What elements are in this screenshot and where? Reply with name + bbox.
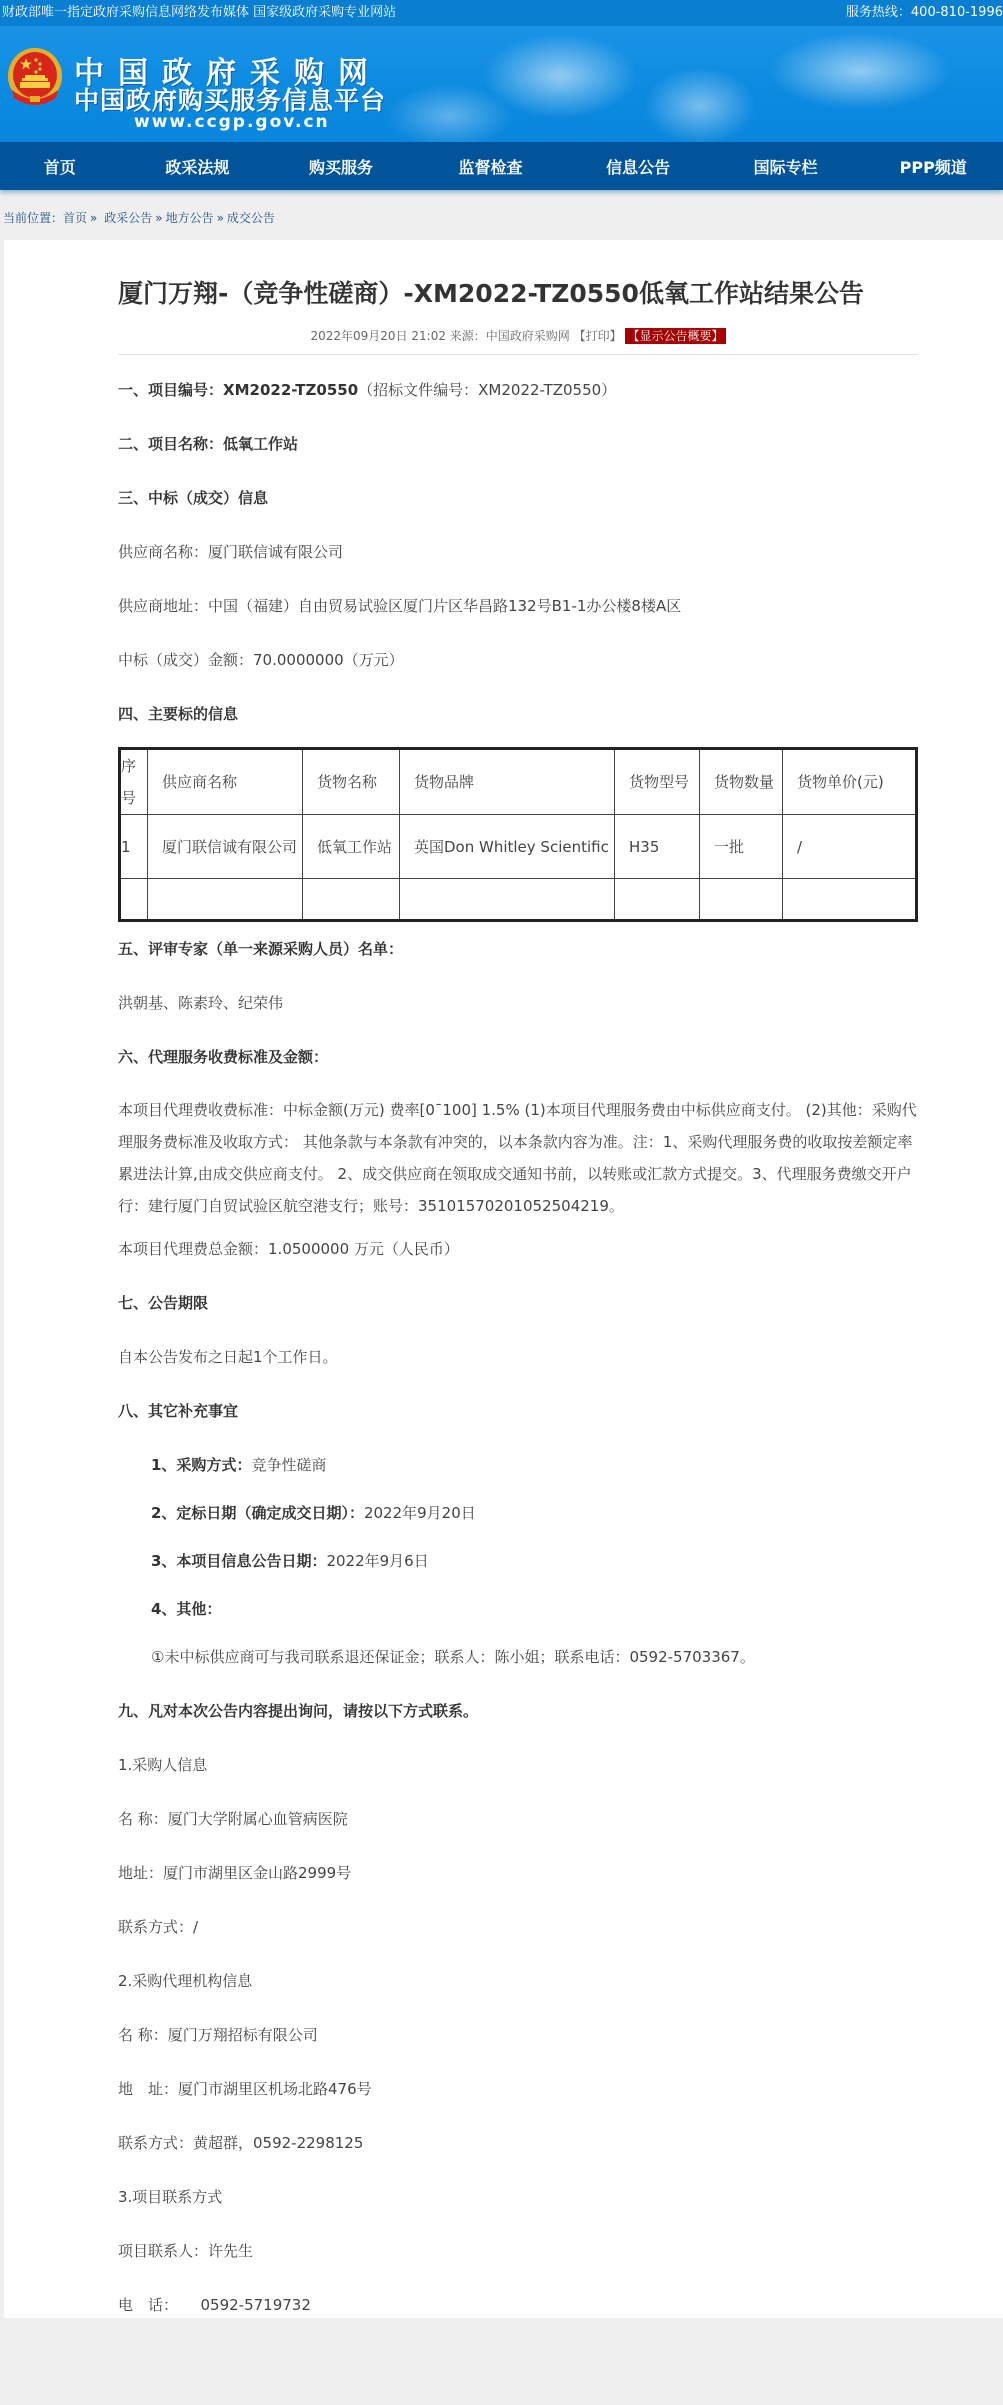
- announcement-period: 自本公告发布之日起1个工作日。: [118, 1344, 918, 1370]
- table-cell: [400, 879, 615, 921]
- breadcrumb-separator: »: [217, 211, 224, 225]
- table-cell: 英国Don Whitley Scientific: [400, 815, 615, 879]
- section-heading: 三、中标（成交）信息: [118, 485, 918, 511]
- purchaser-name: 名 称：厦门大学附属心血管病医院: [118, 1806, 918, 1832]
- breadcrumb: 当前位置：首页» 政采公告»地方公告»成交公告: [0, 196, 1003, 240]
- nav-item-ppp[interactable]: PPP频道: [863, 155, 1003, 178]
- project-contact-person: 项目联系人：许先生: [118, 2238, 918, 2264]
- project-name: 二、项目名称：低氧工作站: [118, 431, 918, 457]
- table-cell: [783, 879, 917, 921]
- agency-name: 名 称：厦门万翔招标有限公司: [118, 2022, 918, 2048]
- top-strip: 财政部唯一指定政府采购信息网络发布媒体 国家级政府采购专业网站 服务热线：400…: [0, 0, 1003, 26]
- table-header-cell: 货物名称: [303, 749, 400, 815]
- divider: [118, 354, 918, 355]
- section-heading: 六、代理服务收费标准及金额：: [118, 1044, 918, 1070]
- fee-total: 本项目代理费总金额：1.0500000 万元（人民币）: [118, 1236, 918, 1262]
- deposit-note: ①未中标供应商可与我司联系退还保证金；联系人：陈小姐；联系电话：0592-570…: [118, 1644, 918, 1670]
- agency-contact: 联系方式：黄超群，0592-2298125: [118, 2130, 918, 2156]
- table-cell: 1: [120, 815, 148, 879]
- agency-address: 地 址：厦门市湖里区机场北路476号: [118, 2076, 918, 2102]
- nav-item-announcements[interactable]: 信息公告: [568, 155, 708, 178]
- table-cell: [120, 879, 148, 921]
- agency-title: 2.采购代理机构信息: [118, 1968, 918, 1994]
- nav-item-purchase-services[interactable]: 购买服务: [271, 155, 411, 178]
- service-hotline: 服务热线：400-810-1996: [846, 0, 1003, 26]
- deal-amount: 中标（成交）金额：70.0000000（万元）: [118, 647, 918, 673]
- supplier-address: 供应商地址：中国（福建）自由贸易试验区厦门片区华昌路132号B1-1办公楼8楼A…: [118, 593, 918, 619]
- supplier-name: 供应商名称：厦门联信诚有限公司: [118, 539, 918, 565]
- table-cell: [615, 879, 700, 921]
- purchaser-title: 1.采购人信息: [118, 1752, 918, 1778]
- purchaser-address: 地址：厦门市湖里区金山路2999号: [118, 1860, 918, 1886]
- table-header-cell: 货物单价(元): [783, 749, 917, 815]
- article-meta: 2022年09月20日 21:02 来源：中国政府采购网 【打印】 【显示公告概…: [118, 327, 918, 345]
- nav-item-supervision[interactable]: 监督检查: [421, 155, 561, 178]
- project-contact-title: 3.项目联系方式: [118, 2184, 918, 2210]
- table-header-cell: 序号: [120, 749, 148, 815]
- supplement-item: 1、采购方式：竞争性磋商: [118, 1452, 918, 1478]
- table-cell: 低氧工作站: [303, 815, 400, 879]
- expert-names: 洪朝基、陈素玲、纪荣伟: [118, 990, 918, 1016]
- table-header-cell: 货物数量: [700, 749, 783, 815]
- page-title: 厦门万翔-（竞争性磋商）-XM2022-TZ0550低氧工作站结果公告: [118, 274, 918, 310]
- breadcrumb-gov-announcements[interactable]: 政采公告: [104, 211, 152, 225]
- content-panel: 厦门万翔-（竞争性磋商）-XM2022-TZ0550低氧工作站结果公告 2022…: [4, 240, 1003, 2318]
- section-heading: 五、评审专家（单一来源采购人员）名单：: [118, 936, 918, 962]
- table-cell: /: [783, 815, 917, 879]
- table-cell: 一批: [700, 815, 783, 879]
- breadcrumb-local-announcements[interactable]: 地方公告: [166, 211, 214, 225]
- table-header-cell: 货物品牌: [400, 749, 615, 815]
- site-slogan: 财政部唯一指定政府采购信息网络发布媒体 国家级政府采购专业网站: [2, 0, 396, 26]
- table-cell: [148, 879, 303, 921]
- nav-item-home[interactable]: 首页: [0, 155, 120, 178]
- purchaser-contact: 联系方式：/: [118, 1914, 918, 1940]
- site-banner: 中国政府采购网 中国政府购买服务信息平台 www.ccgp.gov.cn: [0, 26, 1003, 142]
- subject-table: 序号 供应商名称 货物名称 货物品牌 货物型号 货物数量 货物单价(元) 1 厦…: [118, 747, 918, 922]
- supplement-item: 4、其他：: [118, 1596, 918, 1622]
- supplement-item: 3、本项目信息公告日期：2022年9月6日: [118, 1548, 918, 1574]
- show-summary-button[interactable]: 【显示公告概要】: [625, 328, 725, 344]
- nav-item-international[interactable]: 国际专栏: [716, 155, 856, 178]
- article: 厦门万翔-（竞争性磋商）-XM2022-TZ0550低氧工作站结果公告 2022…: [118, 274, 918, 2318]
- table-cell: [700, 879, 783, 921]
- table-header-row: 序号 供应商名称 货物名称 货物品牌 货物型号 货物数量 货物单价(元): [120, 749, 917, 815]
- breadcrumb-prefix: 当前位置：: [3, 211, 63, 225]
- table-cell: [303, 879, 400, 921]
- table-cell: 厦门联信诚有限公司: [148, 815, 303, 879]
- breadcrumb-separator: »: [155, 211, 162, 225]
- article-body: 一、项目编号：XM2022-TZ0550（招标文件编号：XM2022-TZ055…: [118, 377, 918, 2318]
- fee-standard: 本项目代理费收费标准：中标金额(万元) 费率[0ˉ100] 1.5% (1)本项…: [118, 1094, 918, 1222]
- table-header-cell: 供应商名称: [148, 749, 303, 815]
- table-header-cell: 货物型号: [615, 749, 700, 815]
- table-row: [120, 879, 917, 921]
- breadcrumb-home[interactable]: 首页: [63, 211, 87, 225]
- section-heading: 七、公告期限: [118, 1290, 918, 1316]
- logo-url: www.ccgp.gov.cn: [134, 112, 330, 132]
- main-nav: 首页 政采法规 购买服务 监督检查 信息公告 国际专栏 PPP频道: [0, 142, 1003, 190]
- table-cell: H35: [615, 815, 700, 879]
- print-link[interactable]: 【打印】: [574, 329, 622, 343]
- publish-datetime: 2022年09月20日 21:02: [310, 329, 445, 343]
- project-number: 一、项目编号：XM2022-TZ0550（招标文件编号：XM2022-TZ055…: [118, 377, 918, 403]
- project-contact-phone: 电 话： 0592-5719732: [118, 2292, 918, 2318]
- section-heading: 八、其它补充事宜: [118, 1398, 918, 1424]
- supplement-item: 2、定标日期（确定成交日期）：2022年9月20日: [118, 1500, 918, 1526]
- breadcrumb-deal-announcements[interactable]: 成交公告: [227, 211, 275, 225]
- article-source: 来源：中国政府采购网: [450, 329, 570, 343]
- national-emblem-icon[interactable]: [6, 46, 64, 110]
- table-row: 1 厦门联信诚有限公司 低氧工作站 英国Don Whitley Scientif…: [120, 815, 917, 879]
- section-heading: 九、凡对本次公告内容提出询问，请按以下方式联系。: [118, 1698, 918, 1724]
- nav-item-regulations[interactable]: 政采法规: [128, 155, 268, 178]
- breadcrumb-separator: »: [90, 211, 97, 225]
- section-heading: 四、主要标的信息: [118, 701, 918, 727]
